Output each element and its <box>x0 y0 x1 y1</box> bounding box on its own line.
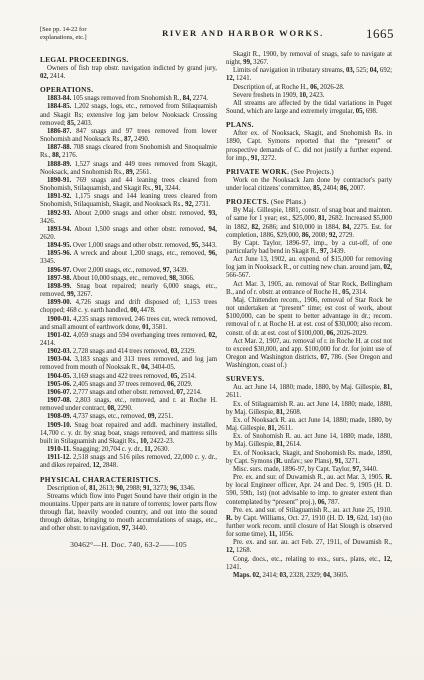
index-entry: 1895-96. A wreck and about 1,200 snags, … <box>40 250 217 266</box>
index-entry: 1908-09. 4,737 snags, etc., removed, 09,… <box>40 413 217 421</box>
index-entry: Act June 13, 1902, au. expend. of $15,00… <box>226 256 392 280</box>
index-entry: Description of, at Roche H., 06, 2026-28… <box>226 84 392 92</box>
document-page: [See pp. 14-22 for explanations, etc.] R… <box>0 0 424 680</box>
index-entry: Skagit R., 1900, by removal of snags, sa… <box>226 51 392 67</box>
index-entry: 1886-87. 847 snags and 97 trees removed … <box>40 128 217 144</box>
index-entry: By Capt. Taylor, 1896-97, imp., by a cut… <box>226 240 392 256</box>
index-entry: 1896-97. Over 2,000 snags, etc., removed… <box>40 267 217 275</box>
page-header: [See pp. 14-22 for explanations, etc.] R… <box>40 26 394 42</box>
page-number: 1665 <box>366 26 394 42</box>
index-entry: 1887-88. 708 snags cleared from Snohomis… <box>40 144 217 160</box>
index-entry: Act Mar. 3, 1905, au. removal of Star Ro… <box>226 281 392 297</box>
index-entry: 1883-84. 105 snags removed from Snohomis… <box>40 95 217 103</box>
index-entry: Description of, 81, 2613; 90, 2988; 91, … <box>40 485 217 493</box>
index-entry: 1892-93. About 2,000 snags and other obs… <box>40 210 217 226</box>
index-entry: 1888-89. 1,527 snags and 449 trees remov… <box>40 161 217 177</box>
index-entry: 1906-07. 2,777 snags and other obstr. re… <box>40 389 217 397</box>
index-entry: Au. act June 14, 1880; made, 1880, by Ma… <box>226 384 392 400</box>
index-entry: 1890-91. 769 snags and 44 leaning trees … <box>40 177 217 193</box>
column-right: Skagit R., 1900, by removal of snags, sa… <box>226 51 392 580</box>
section-heading: PHYSICAL CHARACTERISTICS. <box>40 475 217 484</box>
index-entry: 1902-03. 2,728 snags and 414 trees remov… <box>40 348 217 356</box>
index-entry: Pre. ex. and sur. of Stilaguamish R., au… <box>226 507 392 540</box>
index-entry: 1903-04. 3,183 snags and 313 trees remov… <box>40 356 217 372</box>
index-entry: 1891-92. 1,175 snags and 144 leaning tre… <box>40 193 217 209</box>
index-entry: 1898-99. Snag boat repaired; nearly 6,00… <box>40 283 217 299</box>
index-entry: 1909-10. Snag boat repaired and addl. ma… <box>40 422 217 446</box>
index-entry: Ex. of Nooksack R. au. act June 14, 1880… <box>226 417 392 433</box>
index-entry: Severe freshets in 1909, 10, 2423. <box>226 92 392 100</box>
running-title: RIVER AND HARBOR WORKS. <box>126 26 360 38</box>
section-heading: PLANS. <box>226 120 392 129</box>
header-note-line1: [See pp. 14-22 for <box>40 26 126 34</box>
index-entry: 1907-08. 2,803 snags, etc., removed, and… <box>40 397 217 413</box>
index-entry: Cong. docs., etc., relating to exs., sur… <box>226 556 392 572</box>
index-entry: 1894-95. Over 1,000 snags and other obst… <box>40 242 217 250</box>
header-note: [See pp. 14-22 for explanations, etc.] <box>40 26 126 41</box>
index-entry: Maj. Chittenden recom., 1906, removal of… <box>226 297 392 338</box>
index-entry: Ex. of Stilaguamish R. au. act June 14, … <box>226 401 392 417</box>
index-entry: 1904-05. 3,169 snags and 422 trees remov… <box>40 373 217 381</box>
section-heading: SURVEYS. <box>226 374 392 383</box>
index-entry: 1893-94. About 1,500 snags and other obs… <box>40 226 217 242</box>
section-heading: OPERATIONS. <box>40 85 217 94</box>
index-entry: 1911-12. 2,518 snags and 516 piles remov… <box>40 454 217 470</box>
index-entry: Owners of fish trap obstr. navigation in… <box>40 65 217 81</box>
index-entry: Ex. of Snohomish R. au. act June 14, 188… <box>226 433 392 449</box>
index-entry: Limits of navigation in tributary stream… <box>226 67 392 83</box>
index-entry: Maps. 02, 2414; 03, 2328, 2329; 04, 3605… <box>226 572 392 580</box>
section-heading: PRIVATE WORK. (See Projects.) <box>226 167 392 176</box>
index-entry: Misc. surs. made, 1896-97, by Capt. Tayl… <box>226 466 392 474</box>
section-heading: PROJECTS. (See Plans.) <box>226 197 392 206</box>
index-entry: Streams which flow into Puget Sound have… <box>40 493 217 534</box>
index-entry: Ex. of Nooksack, Skagit, and Snohomish R… <box>226 450 392 466</box>
index-entry: 1899-00. 4,726 snags and drift disposed … <box>40 299 217 315</box>
index-entry: 1884-85. 1,202 snags, logs, etc., remove… <box>40 103 217 127</box>
index-entry: All streams are affected by the tidal va… <box>226 100 392 116</box>
index-entry: Work on the Nooksack Jam done by contrac… <box>226 177 392 193</box>
index-entry: After ex. of Nooksack, Skagit, and Snoho… <box>226 130 392 163</box>
text-columns: LEGAL PROCEEDINGS.Owners of fish trap ob… <box>40 51 394 580</box>
index-entry: Pre. ex. and sur. of Duwamish R., au. ac… <box>226 474 392 507</box>
index-entry: 1897-98. About 10,000 snags, etc., remov… <box>40 275 217 283</box>
section-heading: LEGAL PROCEEDINGS. <box>40 55 217 64</box>
index-entry: By Maj. Gillespie, 1881, constr. of snag… <box>226 207 392 240</box>
index-entry: Act Mar. 2, 1907, au. removal of r. in R… <box>226 338 392 371</box>
column-left: LEGAL PROCEEDINGS.Owners of fish trap ob… <box>40 51 217 580</box>
index-entry: 1901-02. 4,059 snags and 594 overhanging… <box>40 332 217 348</box>
index-entry: 1900-01. 4,235 snags removed, 246 trees … <box>40 316 217 332</box>
index-entry: 1905-06. 2,405 snags and 37 trees remove… <box>40 381 217 389</box>
index-entry: 1910-11. Snagging; 20,704 c. y. dr., 11,… <box>40 446 217 454</box>
print-signature-line: 30462°—H. Doc. 740, 63-2——105 <box>40 540 217 549</box>
header-note-line2: explanations, etc.] <box>40 34 126 42</box>
index-entry: Pre. ex. and sur. au. act Feb. 27, 1911,… <box>226 539 392 555</box>
